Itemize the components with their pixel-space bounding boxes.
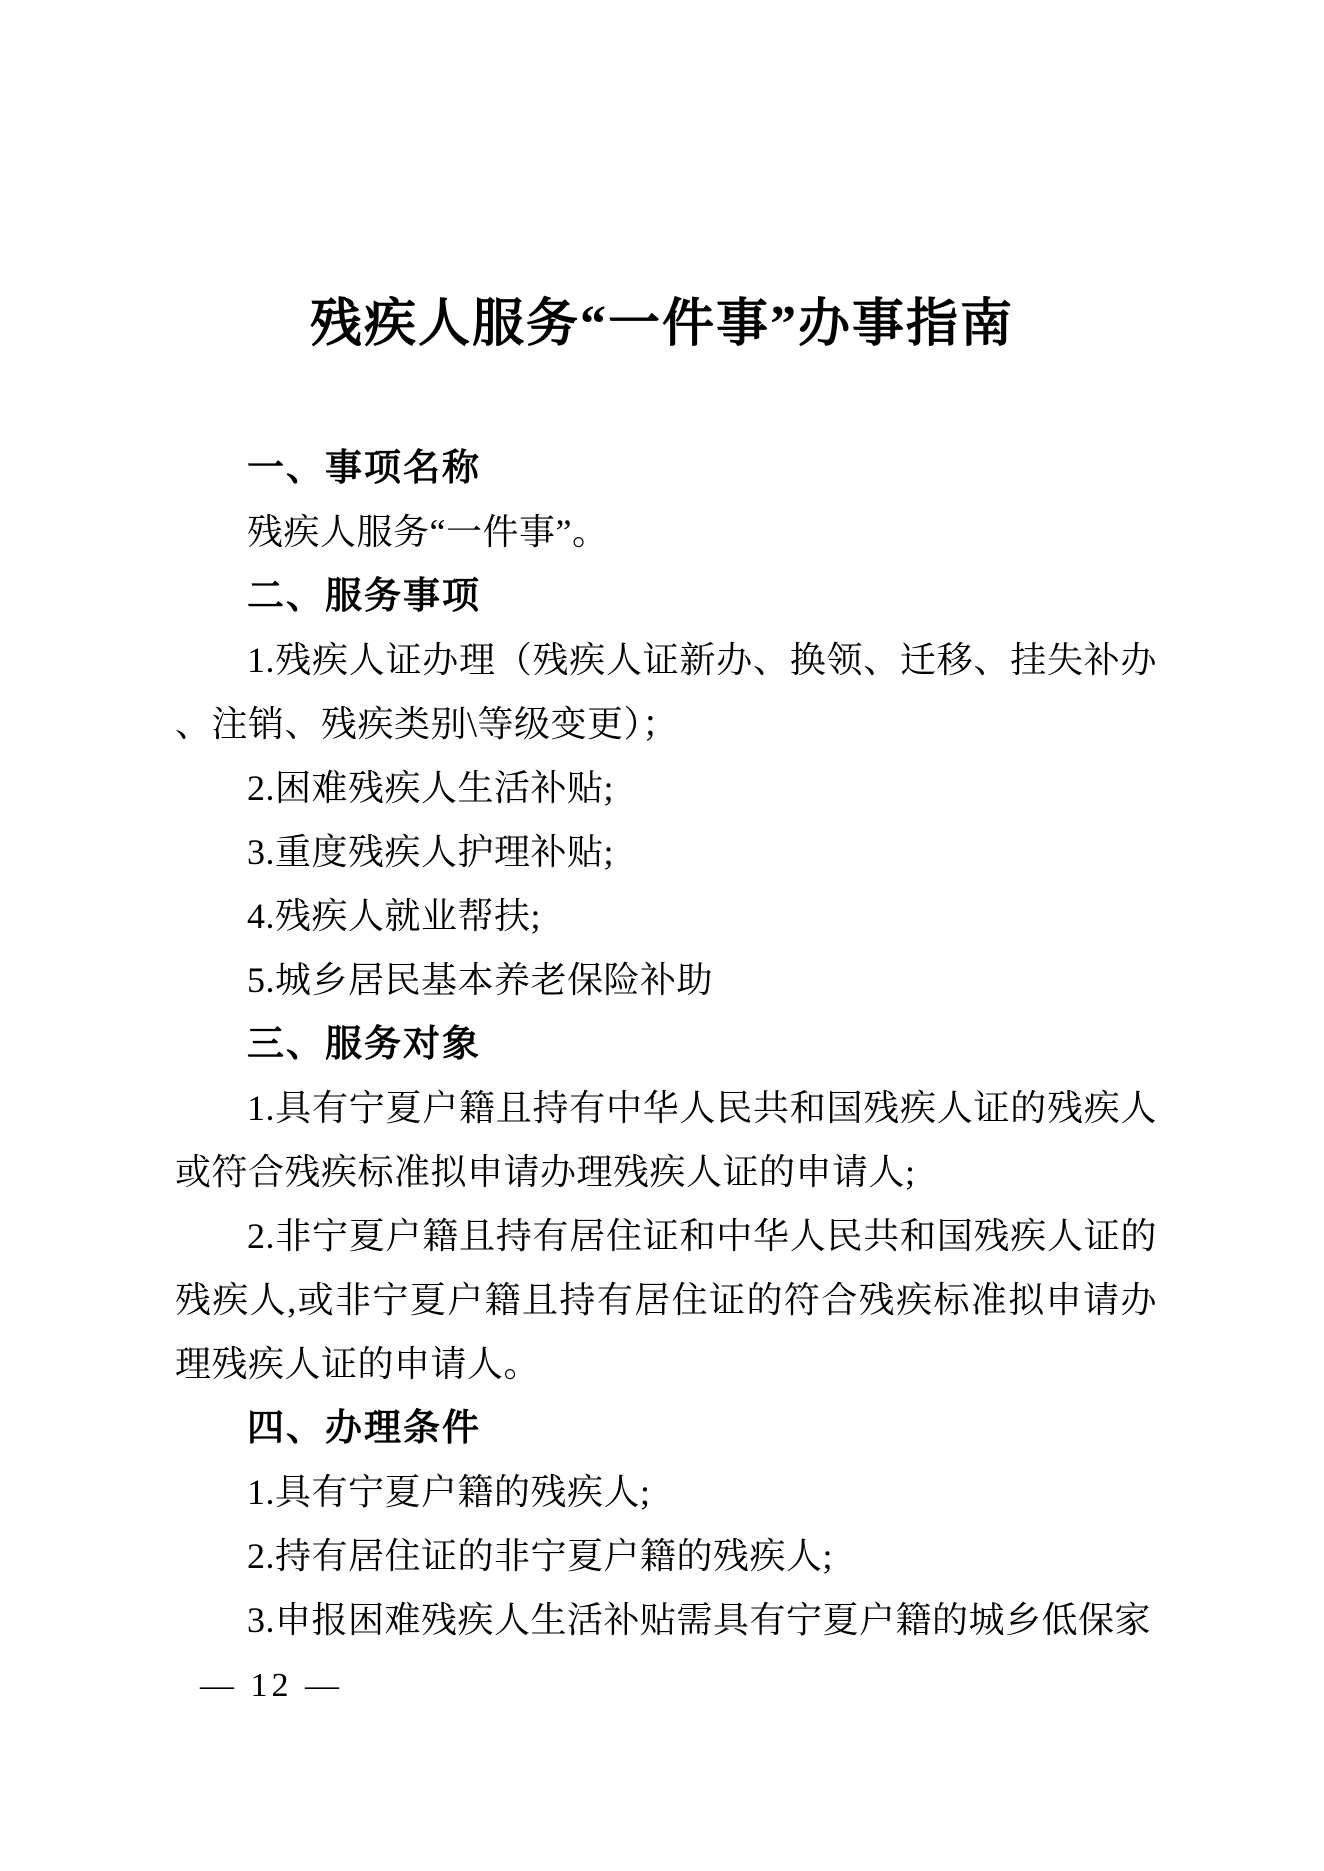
document-body: 一、事项名称 残疾人服务“一件事”。 二、服务事项 1.残疾人证办理（残疾人证新…: [175, 436, 1157, 1652]
section-service-items: 二、服务事项 1.残疾人证办理（残疾人证新办、换领、迁移、挂失补办、注销、残疾类…: [175, 564, 1157, 1012]
page-footer: — 12 —: [200, 1664, 343, 1708]
section-handling-conditions: 四、办理条件 1.具有宁夏户籍的残疾人; 2.持有居住证的非宁夏户籍的残疾人; …: [175, 1396, 1157, 1652]
paragraph: 2.持有居住证的非宁夏户籍的残疾人;: [175, 1524, 1157, 1588]
section-service-targets: 三、服务对象 1.具有宁夏户籍且持有中华人民共和国残疾人证的残疾人或符合残疾标准…: [175, 1012, 1157, 1396]
paragraph: 1.残疾人证办理（残疾人证新办、换领、迁移、挂失补办、注销、残疾类别\等级变更）…: [175, 628, 1157, 756]
paragraph: 2.困难残疾人生活补贴;: [175, 756, 1157, 820]
page-number: — 12 —: [200, 1667, 343, 1704]
paragraph: 3.重度残疾人护理补贴;: [175, 820, 1157, 884]
paragraph: 4.残疾人就业帮扶;: [175, 884, 1157, 948]
paragraph: 1.具有宁夏户籍的残疾人;: [175, 1460, 1157, 1524]
paragraph: 5.城乡居民基本养老保险补助: [175, 948, 1157, 1012]
paragraph: 残疾人服务“一件事”。: [175, 500, 1157, 564]
paragraph: 1.具有宁夏户籍且持有中华人民共和国残疾人证的残疾人或符合残疾标准拟申请办理残疾…: [175, 1076, 1157, 1204]
paragraph: 2.非宁夏户籍且持有居住证和中华人民共和国残疾人证的残疾人,或非宁夏户籍且持有居…: [175, 1204, 1157, 1396]
section-item-name: 一、事项名称 残疾人服务“一件事”。: [175, 436, 1157, 564]
document-page: 残疾人服务“一件事”办事指南 一、事项名称 残疾人服务“一件事”。 二、服务事项…: [0, 0, 1324, 1871]
section-heading-3: 三、服务对象: [175, 1012, 1157, 1076]
section-heading-4: 四、办理条件: [175, 1396, 1157, 1460]
paragraph: 3.申报困难残疾人生活补贴需具有宁夏户籍的城乡低保家: [175, 1588, 1157, 1652]
section-heading-2: 二、服务事项: [175, 564, 1157, 628]
section-heading-1: 一、事项名称: [175, 436, 1157, 500]
document-title: 残疾人服务“一件事”办事指南: [0, 290, 1324, 360]
